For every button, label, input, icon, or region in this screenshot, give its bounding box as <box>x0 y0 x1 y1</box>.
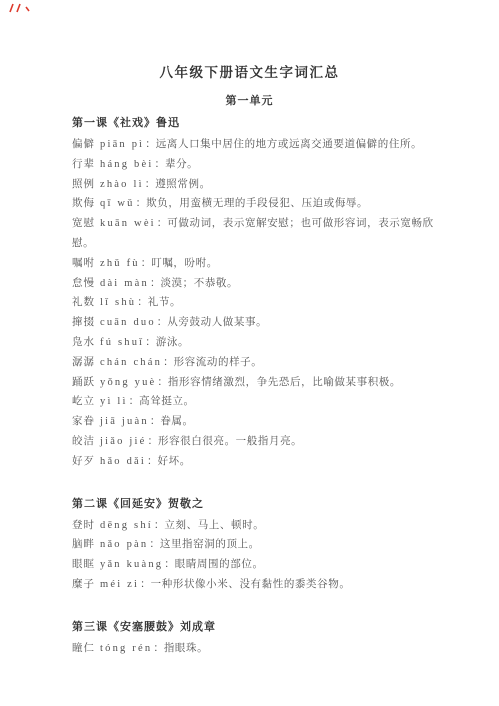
entry-pinyin: qī wǔ <box>100 198 135 209</box>
entry-colon: ： <box>145 337 156 348</box>
entry-definition: 指形容情绪激烈，争先恐后，比喻做某事积极。 <box>168 377 401 388</box>
entry-definition: 形容流动的样子。 <box>174 357 263 368</box>
entry-pinyin: yǎn kuàng <box>100 559 163 570</box>
entry-colon: ： <box>149 539 160 550</box>
entry-pinyin: piān pì <box>100 139 144 150</box>
entry-definition: 好坏。 <box>158 456 191 467</box>
entry-word: 行辈 <box>72 159 95 170</box>
vocab-entry: 撺掇cuān duo：从旁鼓动人做某事。 <box>72 313 447 333</box>
corner-marks-icon <box>7 3 33 14</box>
entry-word: 欺侮 <box>72 198 95 209</box>
entry-colon: ： <box>136 198 147 209</box>
vocab-entry: 糜子méi zi：一种形状像小米、没有黏性的黍类谷物。 <box>72 575 447 595</box>
entry-pinyin: yì lì <box>100 396 128 407</box>
vocab-entry: 踊跃yǒng yuè：指形容情绪激烈，争先恐后，比喻做某事积极。 <box>72 373 447 393</box>
entry-definition: 眼睛周围的部位。 <box>175 559 264 570</box>
vocab-entry: 礼数lǐ shù：礼节。 <box>72 293 447 313</box>
entry-definition: 淡漠；不恭敬。 <box>160 278 238 289</box>
entry-word: 撺掇 <box>72 317 95 328</box>
entry-definition: 立刻、马上、顿时。 <box>164 520 264 531</box>
entry-definition: 遵照常例。 <box>155 179 211 190</box>
unit-title: 第一单元 <box>0 92 499 108</box>
entry-definition: 礼节。 <box>148 297 181 308</box>
entry-word: 登时 <box>72 520 95 531</box>
entry-pinyin: zhào lì <box>100 179 144 190</box>
entry-colon: ： <box>163 357 174 368</box>
entry-colon: ： <box>157 377 168 388</box>
entry-word: 踊跃 <box>72 377 95 388</box>
entry-definition: 辈分。 <box>165 159 198 170</box>
entry-colon: ： <box>153 643 164 654</box>
vocab-entry: 家眷jiā juàn：眷属。 <box>72 412 447 432</box>
entry-word: 怠慢 <box>72 278 95 289</box>
entry-definition: 叮嘱，吩咐。 <box>151 258 218 269</box>
lesson-heading: 第二课《回延安》贺敬之 <box>72 496 447 513</box>
vocab-entry: 行辈háng bèi：辈分。 <box>72 155 447 175</box>
entry-pinyin: fú shuǐ <box>100 337 144 348</box>
entry-word: 屹立 <box>72 396 95 407</box>
entry-pinyin: dēng shí <box>100 520 153 531</box>
lesson-section-2: 第二课《回延安》贺敬之 登时dēng shí：立刻、马上、顿时。 脑畔nǎo p… <box>72 496 447 595</box>
vocab-entry: 瞳仁tóng rén：指眼珠。 <box>72 639 447 659</box>
vocab-entry: 欺侮qī wǔ：欺负，用蛮横无理的手段侵犯、压迫或侮辱。 <box>72 194 447 214</box>
document-content: 第一课《社戏》鲁迅 偏僻piān pì：远离人口集中居住的地方或远离交通要道偏僻… <box>0 108 499 659</box>
entry-colon: ： <box>140 579 151 590</box>
entry-pinyin: méi zi <box>100 579 139 590</box>
entry-colon: ： <box>164 559 175 570</box>
entry-word: 潺潺 <box>72 357 95 368</box>
entry-word: 瞳仁 <box>72 643 95 654</box>
entry-colon: ： <box>147 456 158 467</box>
entry-pinyin: chán chán <box>100 357 162 368</box>
entry-pinyin: dài màn <box>100 278 149 289</box>
vocab-entry: 屹立yì lì：高耸挺立。 <box>72 392 447 412</box>
entry-colon: ： <box>150 416 161 427</box>
entry-definition: 形容很白很亮。一般指月亮。 <box>158 436 302 447</box>
entry-definition: 眷属。 <box>160 416 193 427</box>
entry-colon: ： <box>145 139 156 150</box>
vocab-entry: 凫水fú shuǐ：游泳。 <box>72 333 447 353</box>
entry-word: 脑畔 <box>72 539 95 550</box>
document-title: 八年级下册语文生字词汇总 <box>0 0 499 81</box>
entry-pinyin: tóng rén <box>100 643 152 654</box>
entry-colon: ： <box>150 278 161 289</box>
entry-colon: ： <box>154 159 165 170</box>
vocab-entry: 嘱咐zhǔ fù：叮嘱，吩咐。 <box>72 254 447 274</box>
entry-word: 皎洁 <box>72 436 95 447</box>
entry-colon: ： <box>154 520 165 531</box>
entry-colon: ： <box>157 218 168 229</box>
entry-definition: 这里指窑洞的顶上。 <box>160 539 260 550</box>
vocab-entry: 宽慰kuān wèi：可做动词，表示宽解安慰；也可做形容词，表示宽畅欣慰。 <box>72 214 447 254</box>
entry-definition: 从旁鼓动人做某事。 <box>167 317 267 328</box>
lesson-heading: 第一课《社戏》鲁迅 <box>72 115 447 132</box>
entry-word: 家眷 <box>72 416 95 427</box>
entry-pinyin: zhǔ fù <box>100 258 140 269</box>
entry-colon: ： <box>157 317 168 328</box>
lesson-section-1: 第一课《社戏》鲁迅 偏僻piān pì：远离人口集中居住的地方或远离交通要道偏僻… <box>72 115 447 472</box>
entry-pinyin: jiā juàn <box>100 416 149 427</box>
vocab-entry: 眼眶yǎn kuàng：眼睛周围的部位。 <box>72 555 447 575</box>
entry-word: 照例 <box>72 179 95 190</box>
entry-pinyin: yǒng yuè <box>100 377 156 388</box>
entry-pinyin: hǎo dǎi <box>100 456 146 467</box>
entry-pinyin: kuān wèi <box>100 218 156 229</box>
entry-pinyin: lǐ shù <box>100 297 136 308</box>
entry-definition: 远离人口集中居住的地方或远离交通要道偏僻的住所。 <box>156 139 422 150</box>
vocab-entry: 偏僻piān pì：远离人口集中居住的地方或远离交通要道偏僻的住所。 <box>72 135 447 155</box>
entry-word: 宽慰 <box>72 218 95 229</box>
entry-definition: 指眼珠。 <box>164 643 208 654</box>
entry-colon: ： <box>137 297 148 308</box>
vocab-entry: 潺潺chán chán：形容流动的样子。 <box>72 353 447 373</box>
entry-colon: ： <box>147 436 158 447</box>
entry-pinyin: cuān duo <box>100 317 156 328</box>
vocab-entry: 皎洁jiǎo jié：形容很白很亮。一般指月亮。 <box>72 432 447 452</box>
entry-word: 凫水 <box>72 337 95 348</box>
lesson-section-3: 第三课《安塞腰鼓》刘成章 瞳仁tóng rén：指眼珠。 <box>72 619 447 659</box>
entry-word: 偏僻 <box>72 139 95 150</box>
entry-word: 好歹 <box>72 456 95 467</box>
entry-word: 礼数 <box>72 297 95 308</box>
entry-word: 眼眶 <box>72 559 95 570</box>
entry-pinyin: jiǎo jié <box>100 436 146 447</box>
entry-colon: ： <box>145 179 156 190</box>
entry-definition: 游泳。 <box>156 337 189 348</box>
vocab-entry: 登时dēng shí：立刻、马上、顿时。 <box>72 516 447 536</box>
vocab-entry: 好歹hǎo dǎi：好坏。 <box>72 452 447 472</box>
entry-colon: ： <box>141 258 152 269</box>
entry-word: 嘱咐 <box>72 258 95 269</box>
vocab-entry: 怠慢dài màn：淡漠；不恭敬。 <box>72 274 447 294</box>
entry-definition: 高耸挺立。 <box>139 396 195 407</box>
entry-word: 糜子 <box>72 579 95 590</box>
vocab-entry: 脑畔nǎo pàn：这里指窑洞的顶上。 <box>72 535 447 555</box>
entry-definition: 欺负，用蛮横无理的手段侵犯、压迫或侮辱。 <box>146 198 368 209</box>
document-page: 八年级下册语文生字词汇总 第一单元 第一课《社戏》鲁迅 偏僻piān pì：远离… <box>0 0 499 706</box>
entry-colon: ： <box>129 396 140 407</box>
entry-pinyin: háng bèi <box>100 159 153 170</box>
vocab-entry: 照例zhào lì：遵照常例。 <box>72 175 447 195</box>
entry-pinyin: nǎo pàn <box>100 539 148 550</box>
entry-definition: 一种形状像小米、没有黏性的黍类谷物。 <box>151 579 351 590</box>
lesson-heading: 第三课《安塞腰鼓》刘成章 <box>72 619 447 636</box>
